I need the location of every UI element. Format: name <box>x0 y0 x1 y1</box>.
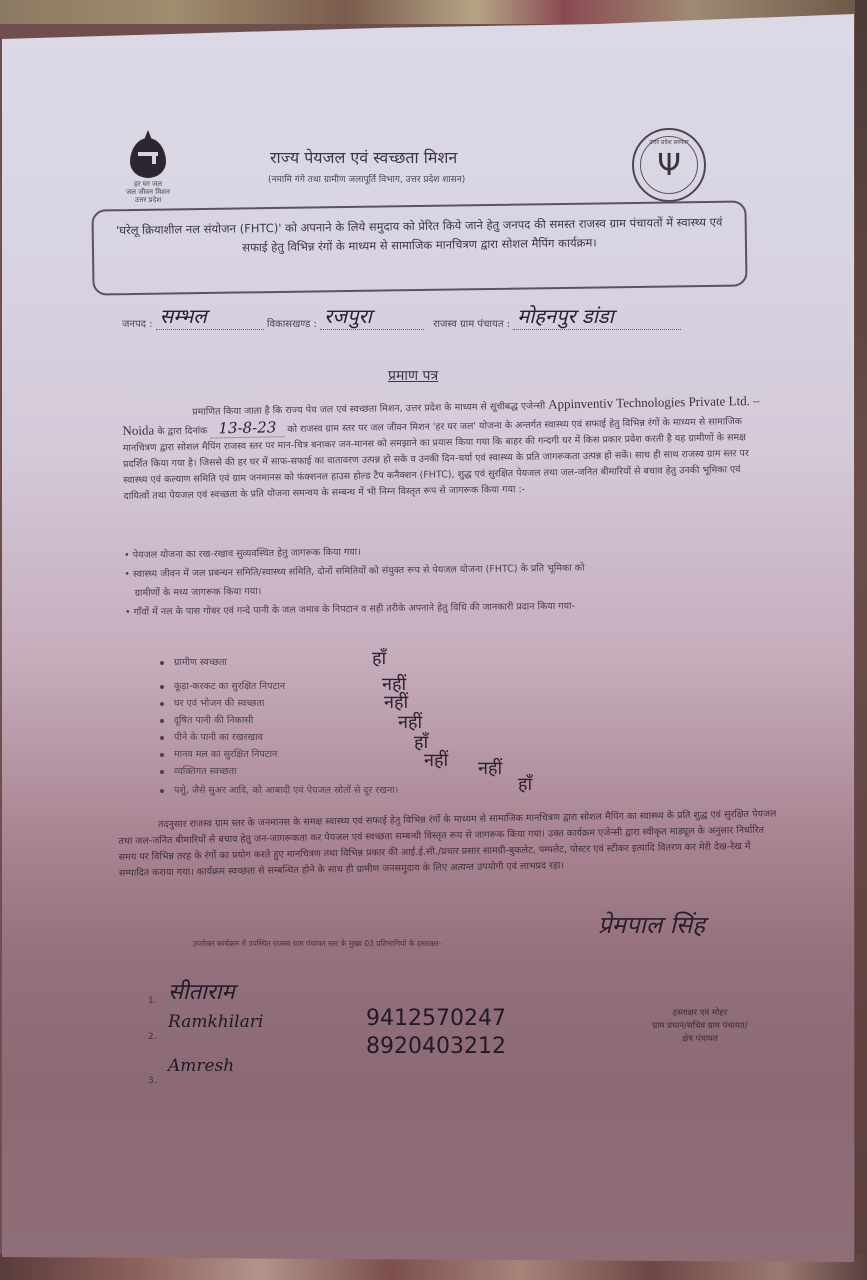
block-value: रजपुरा <box>320 302 424 330</box>
certificate-title: प्रमाण पत्र <box>388 366 438 385</box>
panchayat-label: राजस्व ग्राम पंचायत : <box>433 316 510 330</box>
signer-phone: 8920403212 <box>366 1034 506 1059</box>
checklist-label: दूषित पानी की निकासी <box>174 713 253 726</box>
location-fields: जनपद : सम्भल विकासखण्ड : रजपुरा राजस्व ग… <box>122 302 802 330</box>
participants-note: उपरोक्त कार्यक्रम में उपस्थित राजस्व ग्र… <box>152 938 482 950</box>
closing-paragraph: तदनुसार राजस्व ग्राम स्तर के जनमानस के स… <box>118 806 779 882</box>
answer-text: नहीं <box>478 756 502 780</box>
answer-text: नहीं <box>424 748 448 772</box>
up-government-seal-icon: उत्तर प्रदेश सरकार Ψ <box>632 128 706 202</box>
signer-number: 1. <box>148 996 157 1006</box>
checklist-label: ग्रामीण स्वच्छता <box>174 655 227 668</box>
signer-row: 1. सीताराम <box>148 976 568 1006</box>
checklist-label: व्यक्तिगत स्वच्छता <box>174 764 237 777</box>
signer-number: 2. <box>148 1032 157 1042</box>
answer-text: हाँ <box>372 646 386 670</box>
program-banner: 'घरेलू क्रियाशील नल संयोजन (FHTC)' को अप… <box>91 200 747 295</box>
checklist-label: मानव मल का सुरक्षित निपटान <box>174 747 277 760</box>
checklist-label: कूड़ा-करकट का सुरक्षित निपटान <box>174 679 285 692</box>
har-ghar-jal-logo: हर घर जल जल जीवन मिशन उत्तर प्रदेश <box>118 138 178 204</box>
last-item-label: पशुे, जैसे सुअर आदि, को आबादी एवं पेयजल … <box>174 785 398 796</box>
seal-text: उत्तर प्रदेश सरकार <box>634 138 704 146</box>
awareness-bullets: • पेयजल योजना का रख-रखाव सुव्यवस्थित हेत… <box>124 537 765 622</box>
checklist-last-item: पशुे, जैसे सुअर आदि, को आबादी एवं पेयजल … <box>160 783 398 796</box>
org-title: राज्य पेयजल एवं स्वच्छता मिशन <box>270 146 457 168</box>
block-label: विकासखण्ड : <box>267 316 317 330</box>
intro-part2: के द्वारा दिनांक <box>157 426 207 438</box>
signer-phone: 9412570247 <box>366 1006 506 1031</box>
closing-text: तदनुसार राजस्व ग्राम स्तर के जनमानस के स… <box>118 806 779 882</box>
signer-row: 3. Amresh 8920403212 <box>148 1056 568 1086</box>
signer-name: Amresh <box>168 1056 234 1076</box>
panchayat-value: मोहनपुर डांडा <box>513 302 681 330</box>
stamp-label: हस्ताक्षर एवं मोहर ग्राम प्रधान/सचिव ग्र… <box>600 1007 800 1046</box>
checklist-label: घर एवं भोजन की स्वच्छता <box>174 696 264 709</box>
seal-emblem-icon: Ψ <box>634 148 704 183</box>
handwritten-answers: हाँ नहीं नहीं नहीं हाँ नहीं नहीं हाँ <box>370 646 570 806</box>
signer-name: Ramkhilari <box>168 1012 263 1032</box>
checklist-label: पीने के पानी का रखरखाव <box>174 730 263 743</box>
signer-name: सीताराम <box>168 976 235 1006</box>
district-label: जनपद : <box>122 316 153 330</box>
date-value: 13-8-23 <box>210 418 284 438</box>
district-value: सम्भल <box>156 302 264 330</box>
intro-part1: प्रमाणित किया जाता है कि राज्य पेय जल एव… <box>192 401 545 418</box>
signer-number: 3. <box>148 1076 157 1086</box>
certificate-document: हर घर जल जल जीवन मिशन उत्तर प्रदेश राज्य… <box>0 0 867 1280</box>
certificate-body: प्रमाणित किया जाता है कि राज्य पेय जल एव… <box>122 393 764 505</box>
officer-signature: प्रेमपाल सिंह <box>598 908 705 941</box>
logo-caption: हर घर जल जल जीवन मिशन उत्तर प्रदेश <box>118 180 178 204</box>
org-subtitle: (नमामि गंगे तथा ग्रामीण जलापूर्ति विभाग,… <box>268 172 465 185</box>
answer-text: हाँ <box>518 772 532 796</box>
water-drop-tap-icon <box>130 138 166 178</box>
